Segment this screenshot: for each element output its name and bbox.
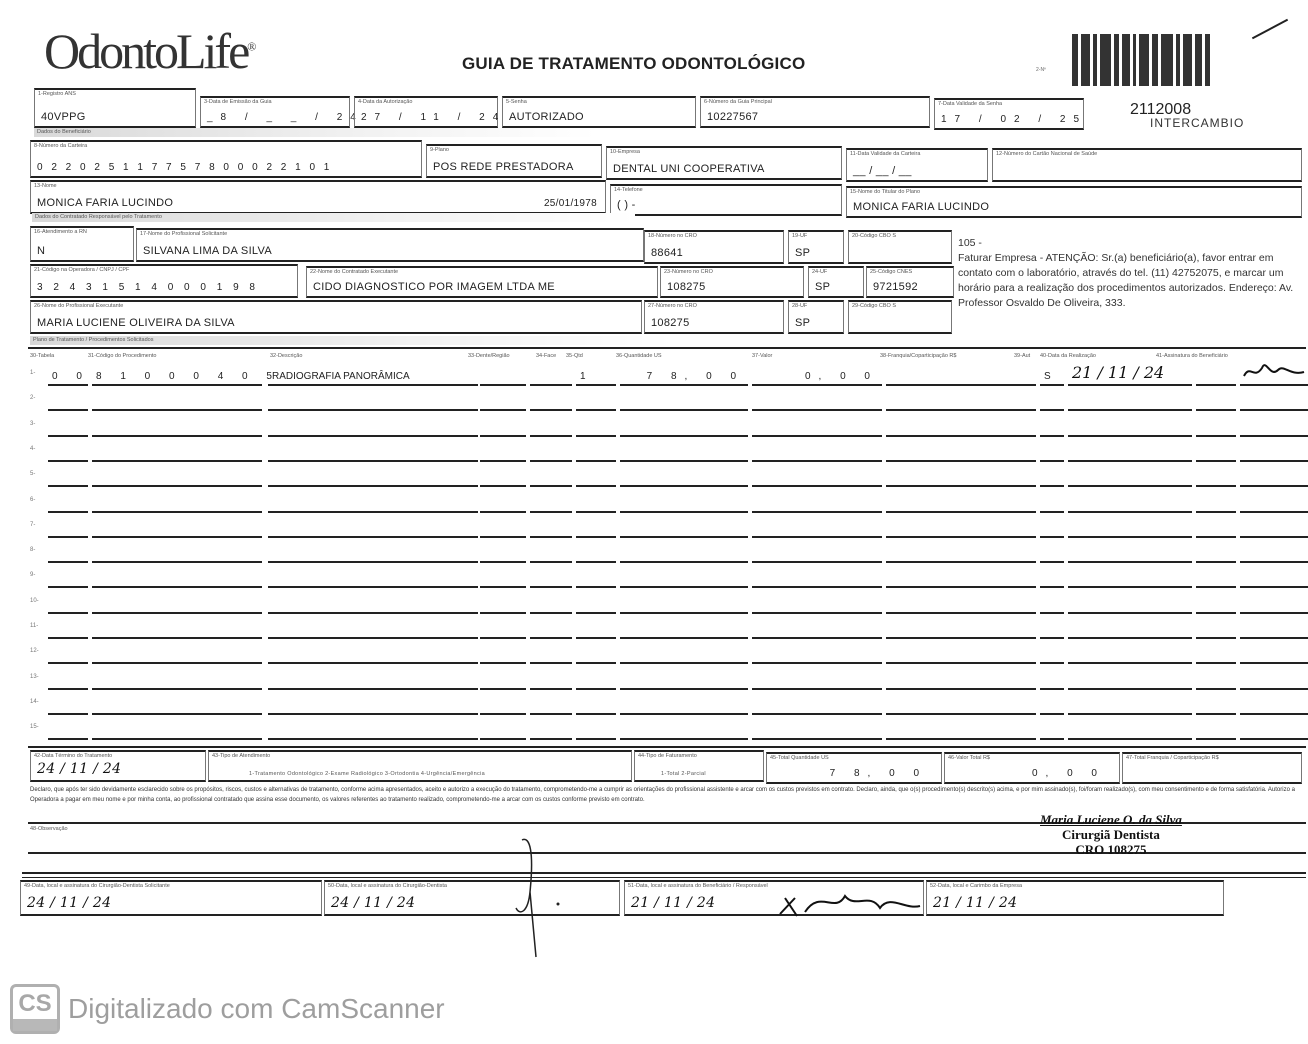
col-assinatura: 41-Assinatura do Beneficiário [1156,353,1228,359]
cell-aut [1040,395,1064,411]
cell-descricao [268,446,478,462]
cell-qtd-us [620,471,748,487]
cell-dente [480,724,526,740]
cell-qtd [576,623,616,639]
cell-value: 0 0 [52,371,90,382]
cell-tabela [48,421,88,437]
cell-franquia [886,648,1036,664]
cro-executante-field: 27-Número no CRO108275 [644,300,784,334]
cell-assinatura-blank [1196,623,1236,639]
cell-descricao: RADIOGRAFIA PANORÂMICA [268,370,478,386]
table-row: 5- [30,465,1305,487]
data-validade-carteira-field: 11-Data Validade da Carteira__ / __ / __ [846,148,988,182]
cell-qtd [576,674,616,690]
cell-assinatura-sig [1240,370,1308,386]
cell-qtd-us [620,648,748,664]
row-number: 5- [30,471,35,477]
cell-aut [1040,674,1064,690]
cell-aut [1040,471,1064,487]
cell-franquia [886,497,1036,513]
data-autorizacao-field: 4-Data da Autorização27 / 11 / 24 [354,96,498,128]
cell-assinatura-blank [1196,497,1236,513]
cell-value: S [1044,371,1051,382]
cell-data [1068,648,1192,664]
cell-assinatura-blank [1196,421,1236,437]
cell-aut [1040,648,1064,664]
cell-aut [1040,598,1064,614]
divider [22,877,1306,878]
cell-data [1068,572,1192,588]
cell-valor [752,446,882,462]
cell-face [530,724,572,740]
cell-descricao [268,699,478,715]
carimbo-empresa-field: 52-Data, local e Carimbo da Empresa21 / … [926,880,1224,916]
cell-valor [752,699,882,715]
cell-assinatura-blank [1196,522,1236,538]
cell-data [1068,674,1192,690]
table-row: 14- [30,693,1305,715]
total-quantidade-us-field: 45-Total Quantidade US7 8, 0 0 [766,752,942,784]
cell-face [530,699,572,715]
cell-data [1068,446,1192,462]
cell-tabela [48,522,88,538]
col-dente: 33-Dente/Região [468,353,510,359]
cell-assinatura-sig [1240,572,1308,588]
table-row: 3- [30,415,1305,437]
col-aut: 39-Aut [1014,353,1030,359]
cell-tabela [48,648,88,664]
cell-dente [480,623,526,639]
cell-qtd-us [620,598,748,614]
cell-tabela [48,547,88,563]
col-face: 34-Face [536,353,556,359]
signature-icon [1240,354,1308,384]
profissional-executante-field: 26-Nome do Profissional ExecutanteMARIA … [30,300,642,334]
cell-value: 7 8, 0 0 [647,371,744,382]
codigo-operadora-field: 21-Código na Operadora / CNPJ / CPF3 2 4… [30,264,298,298]
cell-qtd-us [620,623,748,639]
table-row: 15- [30,718,1305,740]
cell-franquia [886,724,1036,740]
cell-qtd-us [620,572,748,588]
cell-valor [752,547,882,563]
cell-assinatura-blank [1196,471,1236,487]
table-row: 1-0 08 1 0 0 0 4 0 5RADIOGRAFIA PANORÂMI… [30,364,1305,386]
cell-face [530,497,572,513]
cell-valor [752,497,882,513]
cell-tabela [48,623,88,639]
cell-codigo [92,395,262,411]
tipo-faturamento-field: 44-Tipo de Faturamento 1-Total 2-Parcial [634,750,764,782]
cell-data [1068,497,1192,513]
cell-codigo [92,522,262,538]
cell-face [530,674,572,690]
cell-valor [752,421,882,437]
uf-contratado-field: 24-UFSP [808,266,864,298]
cell-assinatura-blank [1196,370,1236,386]
cell-descricao [268,522,478,538]
cell-qtd [576,598,616,614]
pen-mark [1252,19,1288,40]
cell-assinatura-blank [1196,598,1236,614]
cell-franquia [886,370,1036,386]
cell-qtd-us [620,421,748,437]
cell-dente [480,497,526,513]
empresa-field: 10-EmpresaDENTAL UNI COOPERATIVA [606,146,842,180]
cell-descricao [268,395,478,411]
cell-assinatura-sig [1240,623,1308,639]
document-title: GUIA DE TRATAMENTO ODONTOLÓGICO [462,54,805,74]
cell-assinatura-blank [1196,572,1236,588]
cell-data [1068,623,1192,639]
cell-aut [1040,699,1064,715]
cell-value: RADIOGRAFIA PANORÂMICA [272,371,410,382]
cell-qtd-us [620,395,748,411]
cell-assinatura-blank [1196,724,1236,740]
cell-descricao [268,724,478,740]
cell-face [530,648,572,664]
cell-codigo [92,497,262,513]
cell-assinatura-blank [1196,699,1236,715]
cell-tabela [48,724,88,740]
cell-data: 21 / 11 / 24 [1068,370,1192,386]
cell-qtd [576,572,616,588]
table-row: 10- [30,592,1305,614]
cell-codigo [92,648,262,664]
barcode-label: 2-Nº [1036,67,1046,73]
col-descricao: 32-Descrição [270,353,302,359]
cell-valor [752,395,882,411]
cell-assinatura-sig [1240,446,1308,462]
cell-face [530,471,572,487]
total-franquia-field: 47-Total Franquia / Coparticipação R$ [1122,752,1302,784]
cell-value: 21 / 11 / 24 [1072,363,1164,382]
cell-codigo [92,547,262,563]
assinatura-solicitante-field: 49-Data, local e assinatura do Cirurgião… [20,880,322,916]
tipo-atendimento-field: 43-Tipo de Atendimento 1-Tratamento Odon… [208,750,632,782]
cell-codigo [92,446,262,462]
cell-codigo: 8 1 0 0 0 4 0 5 [92,370,262,386]
row-number: 9- [30,572,35,578]
cell-codigo [92,674,262,690]
cell-descricao [268,471,478,487]
cell-face [530,572,572,588]
barcode [1072,34,1240,86]
cell-franquia [886,446,1036,462]
cell-assinatura-sig [1240,421,1308,437]
cbo-executante-field: 29-Código CBO S [848,300,952,334]
row-number: 1- [30,370,35,376]
cell-tabela: 0 0 [48,370,88,386]
cell-aut [1040,623,1064,639]
cell-data [1068,395,1192,411]
cell-assinatura-sig [1240,724,1308,740]
uf-executante-field: 28-UFSP [788,300,844,334]
col-data: 40-Data da Realização [1040,353,1096,359]
titular-field: 15-Nome do Titular do PlanoMONICA FARIA … [846,186,1302,218]
cell-qtd-us [620,724,748,740]
divider [28,746,1306,748]
cell-face [530,623,572,639]
cell-codigo [92,471,262,487]
cell-data [1068,598,1192,614]
cell-face [530,522,572,538]
cell-codigo [92,699,262,715]
cell-descricao [268,421,478,437]
cell-dente [480,446,526,462]
cell-qtd-us [620,522,748,538]
cell-face [530,598,572,614]
row-number: 2- [30,395,35,401]
cell-data [1068,547,1192,563]
cell-descricao [268,674,478,690]
cell-assinatura-sig [1240,547,1308,563]
beneficiary-signature-icon [775,884,925,920]
cell-descricao [268,648,478,664]
odontolife-logo: OdontoLife® [44,22,256,80]
cell-qtd-us [620,699,748,715]
cbo-solicitante-field: 20-Código CBO S [848,230,952,264]
table-row: 13- [30,668,1305,690]
cell-franquia [886,522,1036,538]
section-contratado: Dados do Contratado Responsável pelo Tra… [32,213,635,222]
profissional-solicitante-field: 17-Nome do Profissional SolicitanteSILVA… [136,228,644,262]
cell-dente [480,648,526,664]
cell-assinatura-blank [1196,446,1236,462]
table-row: 2- [30,389,1305,411]
divider [22,872,1306,874]
table-row: 11- [30,617,1305,639]
col-qtd-us: 36-Quantidade US [616,353,662,359]
row-number: 3- [30,421,35,427]
cell-value: 8 1 0 0 0 4 0 5 [96,371,280,382]
cell-data [1068,522,1192,538]
cell-qtd [576,471,616,487]
row-number: 4- [30,446,35,452]
row-number: 7- [30,522,35,528]
cell-assinatura-blank [1196,395,1236,411]
telefone-field: 14-Telefone( ) - [610,184,842,216]
observacao-label: 48-Observação [30,826,68,832]
cnes-field: 25-Código CNES9721592 [866,266,954,298]
cell-tabela [48,497,88,513]
plano-field: 9-PlanoPOS REDE PRESTADORA [426,144,602,178]
cell-qtd [576,421,616,437]
table-row: 7- [30,516,1305,538]
data-validade-senha-field: 7-Data Validade da Senha17 / 02 / 25 [934,98,1084,130]
assinatura-beneficiario-field: 51-Data, local e assinatura do Beneficiá… [624,880,924,916]
cell-tabela [48,598,88,614]
cell-assinatura-sig [1240,395,1308,411]
cell-dente [480,572,526,588]
cell-assinatura-sig [1240,522,1308,538]
table-row: 4- [30,440,1305,462]
cell-franquia [886,699,1036,715]
cell-qtd: 1 [576,370,616,386]
cell-tabela [48,699,88,715]
nome-beneficiario-field: 13-NomeMONICA FARIA LUCINDO 25/01/1978 [30,180,606,214]
cell-value: 0, 0 0 [805,371,878,382]
cell-dente [480,699,526,715]
section-procedimentos: Plano de Tratamento / Procedimentos Soli… [30,336,673,345]
notice-text: 105 - Faturar Empresa - ATENÇÃO: Sr.(a) … [958,236,1298,311]
cell-dente [480,674,526,690]
cell-assinatura-sig [1240,648,1308,664]
table-row: 12- [30,642,1305,664]
assinatura-executante-field: 50-Data, local e assinatura do Cirurgião… [324,880,620,916]
cell-assinatura-blank [1196,674,1236,690]
data-emissao-field: 3-Data de Emissão da Guia_8 / _ _ / 24 [200,96,350,128]
cell-assinatura-sig [1240,471,1308,487]
col-qtd: 35-Qtd [566,353,583,359]
uf-solicitante-field: 19-UFSP [788,230,844,264]
cell-data [1068,724,1192,740]
row-number: 8- [30,547,35,553]
row-number: 13- [30,674,39,680]
cell-data [1068,699,1192,715]
atendimento-rn-field: 16-Atendimento a RNN [30,226,134,262]
cell-aut: S [1040,370,1064,386]
cell-assinatura-sig [1240,699,1308,715]
cell-qtd-us [620,547,748,563]
row-number: 10- [30,598,39,604]
cell-tabela [48,572,88,588]
cell-face [530,547,572,563]
col-valor: 37-Valor [752,353,772,359]
cell-aut [1040,522,1064,538]
cell-data [1068,421,1192,437]
cell-codigo [92,572,262,588]
cell-descricao [268,623,478,639]
cell-aut [1040,421,1064,437]
cell-franquia [886,623,1036,639]
cell-qtd-us [620,497,748,513]
data-termino-field: 42-Data Término do Tratamento24 / 11 / 2… [30,750,206,782]
cell-codigo [92,598,262,614]
cell-qtd [576,699,616,715]
table-row: 8- [30,541,1305,563]
row-number: 12- [30,648,39,654]
cell-valor [752,471,882,487]
cell-tabela [48,395,88,411]
row-number: 15- [30,724,39,730]
cell-valor [752,623,882,639]
col-tabela: 30-Tabela [30,353,54,359]
cell-aut [1040,572,1064,588]
cro-contratado-field: 23-Número no CRO108275 [660,266,804,298]
cell-codigo [92,623,262,639]
col-codigo: 31-Código do Procedimento [88,353,157,359]
cell-aut [1040,446,1064,462]
cell-face [530,446,572,462]
cell-descricao [268,572,478,588]
table-row: 6- [30,491,1305,513]
numero-guia-principal-field: 6-Número da Guia Principal10227567 [700,96,930,128]
contratado-executante-field: 22-Nome do Contratado ExecutanteCIDO DIA… [306,266,658,298]
cell-qtd-us: 7 8, 0 0 [620,370,748,386]
row-number: 14- [30,699,39,705]
row-number: 6- [30,497,35,503]
data-nascimento: 25/01/1978 [544,198,597,209]
cell-franquia [886,421,1036,437]
watermark-text: Digitalizado com CamScanner [68,993,445,1025]
cell-face [530,395,572,411]
cell-franquia [886,598,1036,614]
cell-qtd [576,522,616,538]
cell-qtd [576,547,616,563]
cell-valor [752,598,882,614]
cell-aut [1040,547,1064,563]
cell-tabela [48,446,88,462]
cro-solicitante-field: 18-Número no CRO88641 [644,230,784,264]
cell-assinatura-blank [1196,547,1236,563]
cell-valor [752,572,882,588]
dentist-stamp: Maria Luciene O. da Silva Cirurgiã Denti… [1040,812,1182,857]
cell-tabela [48,674,88,690]
cell-valor [752,522,882,538]
cell-valor [752,724,882,740]
cell-franquia [886,674,1036,690]
cell-face [530,370,572,386]
camscanner-watermark: CS Digitalizado com CamScanner [10,984,445,1034]
cell-codigo [92,421,262,437]
cell-franquia [886,547,1036,563]
cell-qtd-us [620,446,748,462]
registro-ans-field: 1-Registro ANS40VPPG [34,88,196,128]
col-franquia: 38-Franquia/Coparticipação R$ [880,353,956,359]
cell-qtd [576,724,616,740]
camscanner-icon: CS [10,984,60,1034]
cell-assinatura-sig [1240,598,1308,614]
cell-qtd [576,497,616,513]
cell-dente [480,395,526,411]
guide-type: INTERCAMBIO [1150,116,1244,130]
divider [28,347,1306,349]
numero-carteira-field: 8-Número da Carteira0 2 2 0 2 5 1 1 7 7 … [30,140,422,178]
cell-tabela [48,471,88,487]
cell-assinatura-sig [1240,497,1308,513]
cell-franquia [886,572,1036,588]
cell-dente [480,522,526,538]
cell-franquia [886,395,1036,411]
cell-dente [480,370,526,386]
executante-signature-icon [500,832,570,962]
cell-qtd [576,446,616,462]
cell-valor [752,648,882,664]
cell-qtd-us [620,674,748,690]
cell-descricao [268,497,478,513]
cell-dente [480,598,526,614]
valor-total-field: 46-Valor Total R$0, 0 0 [944,752,1120,784]
cell-value: 1 [580,371,586,382]
cell-aut [1040,497,1064,513]
cell-assinatura-sig [1240,674,1308,690]
declaration-text: Declaro, que após ter sido devidamente e… [30,786,1305,805]
cell-descricao [268,547,478,563]
section-beneficiario: Dados do Beneficiário [34,128,597,137]
cell-dente [480,421,526,437]
table-row: 9- [30,566,1305,588]
cell-data [1068,471,1192,487]
cell-face [530,421,572,437]
cell-valor: 0, 0 0 [752,370,882,386]
cell-aut [1040,724,1064,740]
cell-qtd [576,648,616,664]
cell-valor [752,674,882,690]
row-number: 11- [30,623,38,629]
cell-codigo [92,724,262,740]
cell-assinatura-blank [1196,648,1236,664]
